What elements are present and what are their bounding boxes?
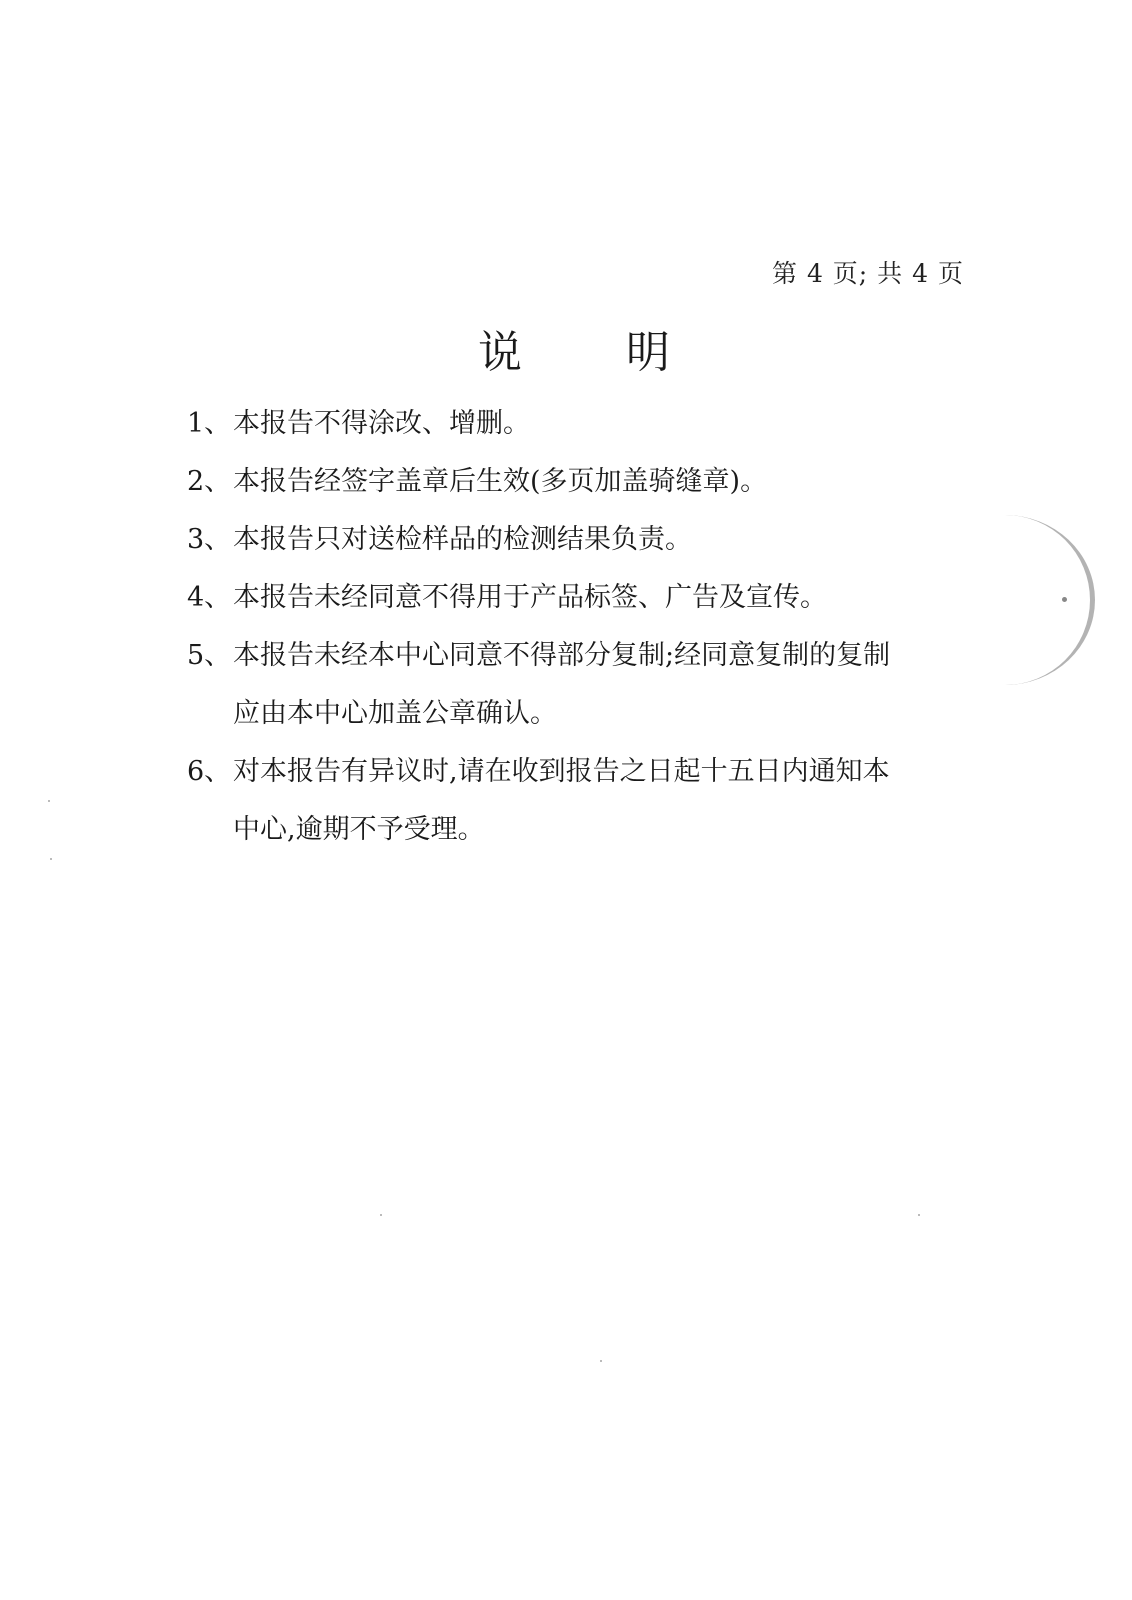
page-title: 说明 — [478, 316, 670, 380]
note-continuation: 应由本中心加盖公章确认。 — [187, 685, 987, 743]
scan-speck — [380, 1214, 382, 1216]
title-char-1: 说 — [478, 316, 522, 380]
note-text: 本报告经签字盖章后生效(多页加盖骑缝章)。 — [233, 466, 767, 497]
note-text: 本报告未经同意不得用于产品标签、广告及宣传。 — [233, 582, 827, 613]
scan-speck — [918, 1214, 920, 1216]
note-number: 5、 — [187, 627, 233, 685]
note-number: 3、 — [187, 511, 233, 569]
note-text: 本报告未经本中心同意不得部分复制;经同意复制的复制 — [233, 640, 890, 671]
note-number: 1、 — [187, 395, 233, 453]
note-text: 本报告不得涂改、增删。 — [233, 408, 530, 439]
note-item-1: 1、本报告不得涂改、增删。 — [187, 395, 987, 453]
note-item-3: 3、本报告只对送检样品的检测结果负责。 — [187, 511, 987, 569]
title-char-2: 明 — [626, 316, 670, 380]
note-item-5: 5、本报告未经本中心同意不得部分复制;经同意复制的复制 应由本中心加盖公章确认。 — [187, 627, 987, 743]
note-text: 本报告只对送检样品的检测结果负责。 — [233, 524, 692, 555]
note-number: 2、 — [187, 453, 233, 511]
note-number: 4、 — [187, 569, 233, 627]
note-item-6: 6、对本报告有异议时,请在收到报告之日起十五日内通知本 中心,逾期不予受理。 — [187, 743, 987, 859]
page-indicator: 第 4 页; 共 4 页 — [772, 254, 964, 290]
note-item-2: 2、本报告经签字盖章后生效(多页加盖骑缝章)。 — [187, 453, 987, 511]
note-continuation: 中心,逾期不予受理。 — [187, 801, 987, 859]
note-text: 对本报告有异议时,请在收到报告之日起十五日内通知本 — [233, 756, 890, 787]
notes-list: 1、本报告不得涂改、增删。 2、本报告经签字盖章后生效(多页加盖骑缝章)。 3、… — [187, 395, 987, 859]
stamp-mark — [1062, 597, 1067, 602]
note-item-4: 4、本报告未经同意不得用于产品标签、广告及宣传。 — [187, 569, 987, 627]
scan-speck — [50, 858, 52, 860]
scan-speck — [48, 800, 50, 802]
scan-speck — [600, 1360, 602, 1362]
note-number: 6、 — [187, 743, 233, 801]
partial-seal-stamp-icon — [1000, 515, 1095, 685]
